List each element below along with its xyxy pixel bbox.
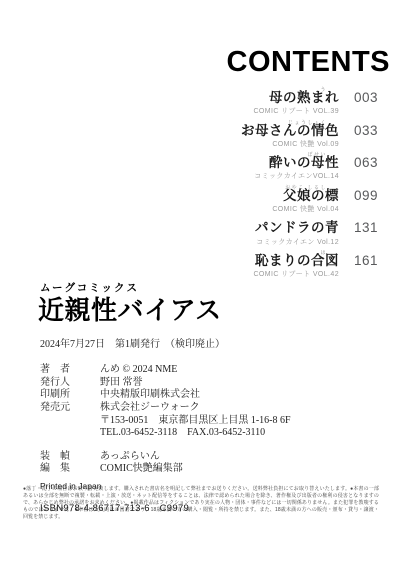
colophon-value: 〒153-0051 東京都目黒区上目黒 1-16-8 6F xyxy=(100,415,291,428)
colophon-label: 著 者 xyxy=(40,364,100,377)
colophon-row-distributor: 発売元 株式会社ジーウォーク xyxy=(40,402,376,415)
contents-heading: CONTENTS xyxy=(227,48,391,77)
credits-row-editing: 編 集 COMIC快艶編集部 xyxy=(40,463,376,476)
toc-furigana: ぼせい xyxy=(307,151,327,158)
colophon-value: 株式会社ジーウォーク xyxy=(100,402,200,415)
colophon-label: 発行人 xyxy=(40,377,100,390)
toc-entry-text: おやこ しるし 父娘の標 COMIC 快艶 Vol.04 xyxy=(272,188,339,215)
toc-source: COMIC リブート VOL.39 xyxy=(253,108,339,116)
toc-source: コミックカイエン Vol.12 xyxy=(255,239,339,247)
toc-page-number: 063 xyxy=(352,155,378,171)
toc-entry: う 母の熟まれ COMIC リブート VOL.39 003 xyxy=(227,90,379,117)
toc-source: コミックカイエンVOL.14 xyxy=(254,173,339,181)
credits-label: 編 集 xyxy=(40,463,100,476)
toc-furigana: じょうしょく xyxy=(288,119,327,126)
colophon-row-address: 〒153-0051 東京都目黒区上目黒 1-16-8 6F xyxy=(40,415,376,428)
colophon-value: TEL.03-6452-3118 FAX.03-6452-3110 xyxy=(100,427,265,440)
toc-page-number: 033 xyxy=(352,123,378,139)
toc-source: COMIC リブート VOL.42 xyxy=(253,271,339,279)
colophon-table: 著 者 んめ © 2024 NME 発行人 野田 常誉 印刷所 中央精版印刷株式… xyxy=(40,364,376,440)
colophon-row-author: 著 者 んめ © 2024 NME xyxy=(40,364,376,377)
imprint-section: ムーグコミックス 近親性バイアス 2024年7月27日 第1刷発行 （検印廃止）… xyxy=(40,283,376,514)
colophon-row-printer: 印刷所 中央精版印刷株式会社 xyxy=(40,389,376,402)
toc-entry: は 恥まりの合図 COMIC リブート VOL.42 161 xyxy=(227,253,379,280)
credits-value: COMIC快艶編集部 xyxy=(100,463,183,476)
toc-furigana: おやこ しるし xyxy=(285,184,327,191)
colophon-label xyxy=(40,415,100,428)
colophon-value: 野田 常誉 xyxy=(100,377,143,390)
toc-title: パンドラの青 xyxy=(255,220,339,236)
toc-page-number: 131 xyxy=(352,220,378,236)
series-label: ムーグコミックス xyxy=(40,283,376,295)
table-of-contents: う 母の熟まれ COMIC リブート VOL.39 003 じょうしょく お母さ… xyxy=(227,90,391,279)
toc-furigana: は xyxy=(320,249,327,256)
toc-entry-text: じょうしょく お母さんの情色 COMIC 快艶 Vol.09 xyxy=(241,123,339,150)
credits-label: 装 幀 xyxy=(40,451,100,464)
toc-entry: おやこ しるし 父娘の標 COMIC 快艶 Vol.04 099 xyxy=(227,188,379,215)
colophon-row-publisher: 発行人 野田 常誉 xyxy=(40,377,376,390)
toc-entry-text: ぼせい 酔いの母性 コミックカイエンVOL.14 xyxy=(254,155,339,182)
colophon-label: 印刷所 xyxy=(40,389,100,402)
toc-furigana: う xyxy=(320,86,327,93)
toc-entry-text: う 母の熟まれ COMIC リブート VOL.39 xyxy=(253,90,339,117)
toc-page-number: 099 xyxy=(352,188,378,204)
colophon-value: 中央精版印刷株式会社 xyxy=(100,389,200,402)
toc-entry: パンドラの青 コミックカイエン Vol.12 131 xyxy=(227,220,379,247)
toc-source: COMIC 快艶 Vol.04 xyxy=(272,206,339,214)
legal-disclaimer: ●落丁・乱丁の場合はお取り替え致します。購入された書店名を明記して弊社までお送り… xyxy=(23,486,379,520)
colophon-row-phone: TEL.03-6452-3118 FAX.03-6452-3110 xyxy=(40,427,376,440)
contents-section: CONTENTS う 母の熟まれ COMIC リブート VOL.39 003 じ… xyxy=(227,48,391,279)
toc-page-number: 003 xyxy=(352,90,378,106)
toc-entry-text: は 恥まりの合図 COMIC リブート VOL.42 xyxy=(253,253,339,280)
toc-source: COMIC 快艶 Vol.09 xyxy=(241,141,339,149)
toc-entry: ぼせい 酔いの母性 コミックカイエンVOL.14 063 xyxy=(227,155,379,182)
colophon-value: んめ © 2024 NME xyxy=(100,364,177,377)
credits-table: 装 幀 あっぷらいん 編 集 COMIC快艶編集部 xyxy=(40,451,376,476)
credits-row-design: 装 幀 あっぷらいん xyxy=(40,451,376,464)
colophon-label: 発売元 xyxy=(40,402,100,415)
toc-page-number: 161 xyxy=(352,253,378,269)
book-title: 近親性バイアス xyxy=(38,296,376,325)
credits-value: あっぷらいん xyxy=(100,451,160,464)
toc-entry: じょうしょく お母さんの情色 COMIC 快艶 Vol.09 033 xyxy=(227,123,379,150)
toc-entry-text: パンドラの青 コミックカイエン Vol.12 xyxy=(255,220,339,247)
edition-line: 2024年7月27日 第1刷発行 （検印廃止） xyxy=(40,339,376,351)
book-colophon-page: CONTENTS う 母の熟まれ COMIC リブート VOL.39 003 じ… xyxy=(0,0,400,567)
colophon-label xyxy=(40,427,100,440)
